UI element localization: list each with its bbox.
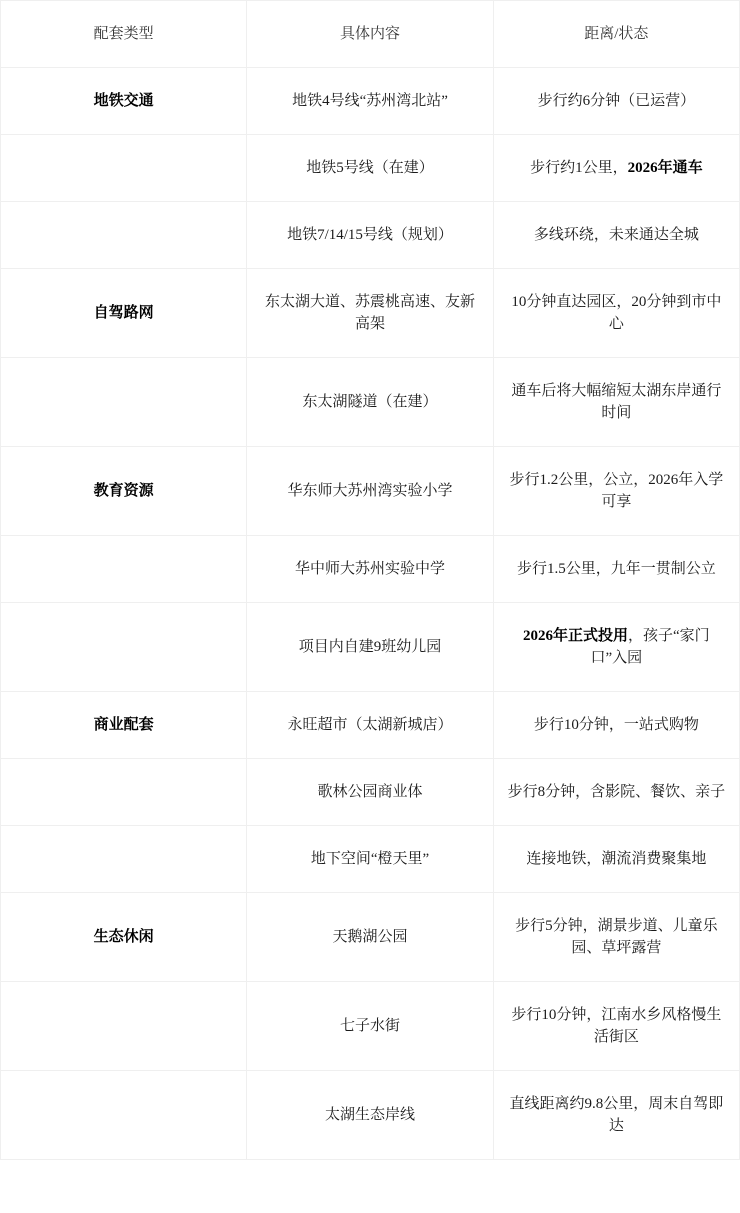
category-cell (1, 603, 247, 692)
content-cell: 华东师大苏州湾实验小学 (247, 447, 493, 536)
content-cell: 华中师大苏州实验中学 (247, 536, 493, 603)
category-cell (1, 982, 247, 1071)
table-row: 地下空间“橙天里” 连接地铁，潮流消费聚集地 (1, 826, 740, 893)
status-cell: 步行约6分钟（已运营） (493, 68, 739, 135)
category-label: 生态休闲 (94, 929, 154, 945)
amenities-table: 配套类型 具体内容 距离/状态 地铁交通 地铁4号线“苏州湾北站” 步行约6分钟… (0, 0, 740, 1160)
status-cell: 连接地铁，潮流消费聚集地 (493, 826, 739, 893)
table-row: 项目内自建9班幼儿园 2026年正式投用，孩子“家门口”入园 (1, 603, 740, 692)
category-label: 教育资源 (94, 483, 154, 499)
content-cell: 地下空间“橙天里” (247, 826, 493, 893)
status-cell: 多线环绕，未来通达全城 (493, 202, 739, 269)
status-text-bold: 2026年正式投用 (523, 628, 628, 644)
table-row: 地铁7/14/15号线（规划） 多线环绕，未来通达全城 (1, 202, 740, 269)
table-row: 太湖生态岸线 直线距离约9.8公里，周末自驾即达 (1, 1071, 740, 1160)
status-cell: 步行约1公里，2026年通车 (493, 135, 739, 202)
category-cell (1, 135, 247, 202)
status-cell: 步行10分钟，江南水乡风格慢生活街区 (493, 982, 739, 1071)
status-text: 步行5分钟，湖景步道、儿童乐园、草坪露营 (515, 918, 718, 956)
table-row: 地铁交通 地铁4号线“苏州湾北站” 步行约6分钟（已运营） (1, 68, 740, 135)
status-cell: 10分钟直达园区，20分钟到市中心 (493, 269, 739, 358)
status-text: 步行1.5公里，九年一贯制公立 (517, 561, 716, 577)
content-cell: 歌林公园商业体 (247, 759, 493, 826)
status-text: 步行约1公里， (530, 160, 628, 176)
status-text: 步行约6分钟（已运营） (538, 93, 696, 109)
category-cell (1, 759, 247, 826)
status-text: 通车后将大幅缩短太湖东岸通行时间 (511, 383, 721, 421)
content-cell: 天鹅湖公园 (247, 893, 493, 982)
category-cell (1, 826, 247, 893)
table-row: 地铁5号线（在建） 步行约1公里，2026年通车 (1, 135, 740, 202)
status-cell: 直线距离约9.8公里，周末自驾即达 (493, 1071, 739, 1160)
category-cell: 生态休闲 (1, 893, 247, 982)
content-cell: 项目内自建9班幼儿园 (247, 603, 493, 692)
table-row: 商业配套 永旺超市（太湖新城店） 步行10分钟，一站式购物 (1, 692, 740, 759)
content-cell: 七子水街 (247, 982, 493, 1071)
table-row: 生态休闲 天鹅湖公园 步行5分钟，湖景步道、儿童乐园、草坪露营 (1, 893, 740, 982)
category-cell (1, 358, 247, 447)
status-text: 步行1.2公里，公立，2026年入学可享 (509, 472, 723, 510)
status-text: 步行10分钟，江南水乡风格慢生活街区 (511, 1007, 721, 1045)
category-cell (1, 536, 247, 603)
status-text: 步行8分钟，含影院、餐饮、亲子 (508, 784, 726, 800)
category-label: 地铁交通 (94, 93, 154, 109)
table-row: 教育资源 华东师大苏州湾实验小学 步行1.2公里，公立，2026年入学可享 (1, 447, 740, 536)
status-cell: 通车后将大幅缩短太湖东岸通行时间 (493, 358, 739, 447)
table-row: 自驾路网 东太湖大道、苏震桃高速、友新高架 10分钟直达园区，20分钟到市中心 (1, 269, 740, 358)
content-cell: 东太湖大道、苏震桃高速、友新高架 (247, 269, 493, 358)
table-row: 歌林公园商业体 步行8分钟，含影院、餐饮、亲子 (1, 759, 740, 826)
table-row: 七子水街 步行10分钟，江南水乡风格慢生活街区 (1, 982, 740, 1071)
status-text: 10分钟直达园区，20分钟到市中心 (511, 294, 721, 332)
content-cell: 东太湖隧道（在建） (247, 358, 493, 447)
status-text-bold: 2026年通车 (628, 160, 703, 176)
category-cell (1, 1071, 247, 1160)
status-cell: 步行1.2公里，公立，2026年入学可享 (493, 447, 739, 536)
status-text: 连接地铁，潮流消费聚集地 (526, 851, 706, 867)
table-row: 东太湖隧道（在建） 通车后将大幅缩短太湖东岸通行时间 (1, 358, 740, 447)
category-cell (1, 202, 247, 269)
content-cell: 地铁4号线“苏州湾北站” (247, 68, 493, 135)
category-label: 商业配套 (94, 717, 154, 733)
header-cell-status: 距离/状态 (493, 1, 739, 68)
status-cell: 步行5分钟，湖景步道、儿童乐园、草坪露营 (493, 893, 739, 982)
table-header-row: 配套类型 具体内容 距离/状态 (1, 1, 740, 68)
status-cell: 步行8分钟，含影院、餐饮、亲子 (493, 759, 739, 826)
header-cell-content: 具体内容 (247, 1, 493, 68)
status-cell: 步行1.5公里，九年一贯制公立 (493, 536, 739, 603)
content-cell: 地铁5号线（在建） (247, 135, 493, 202)
status-text: 步行10分钟，一站式购物 (534, 717, 699, 733)
content-cell: 地铁7/14/15号线（规划） (247, 202, 493, 269)
table-row: 华中师大苏州实验中学 步行1.5公里，九年一贯制公立 (1, 536, 740, 603)
status-cell: 2026年正式投用，孩子“家门口”入园 (493, 603, 739, 692)
header-cell-category: 配套类型 (1, 1, 247, 68)
category-cell: 商业配套 (1, 692, 247, 759)
content-cell: 太湖生态岸线 (247, 1071, 493, 1160)
content-cell: 永旺超市（太湖新城店） (247, 692, 493, 759)
category-cell: 教育资源 (1, 447, 247, 536)
category-label: 自驾路网 (94, 305, 154, 321)
category-cell: 自驾路网 (1, 269, 247, 358)
status-text: 多线环绕，未来通达全城 (534, 227, 699, 243)
status-cell: 步行10分钟，一站式购物 (493, 692, 739, 759)
category-cell: 地铁交通 (1, 68, 247, 135)
status-text: 直线距离约9.8公里，周末自驾即达 (509, 1096, 723, 1134)
